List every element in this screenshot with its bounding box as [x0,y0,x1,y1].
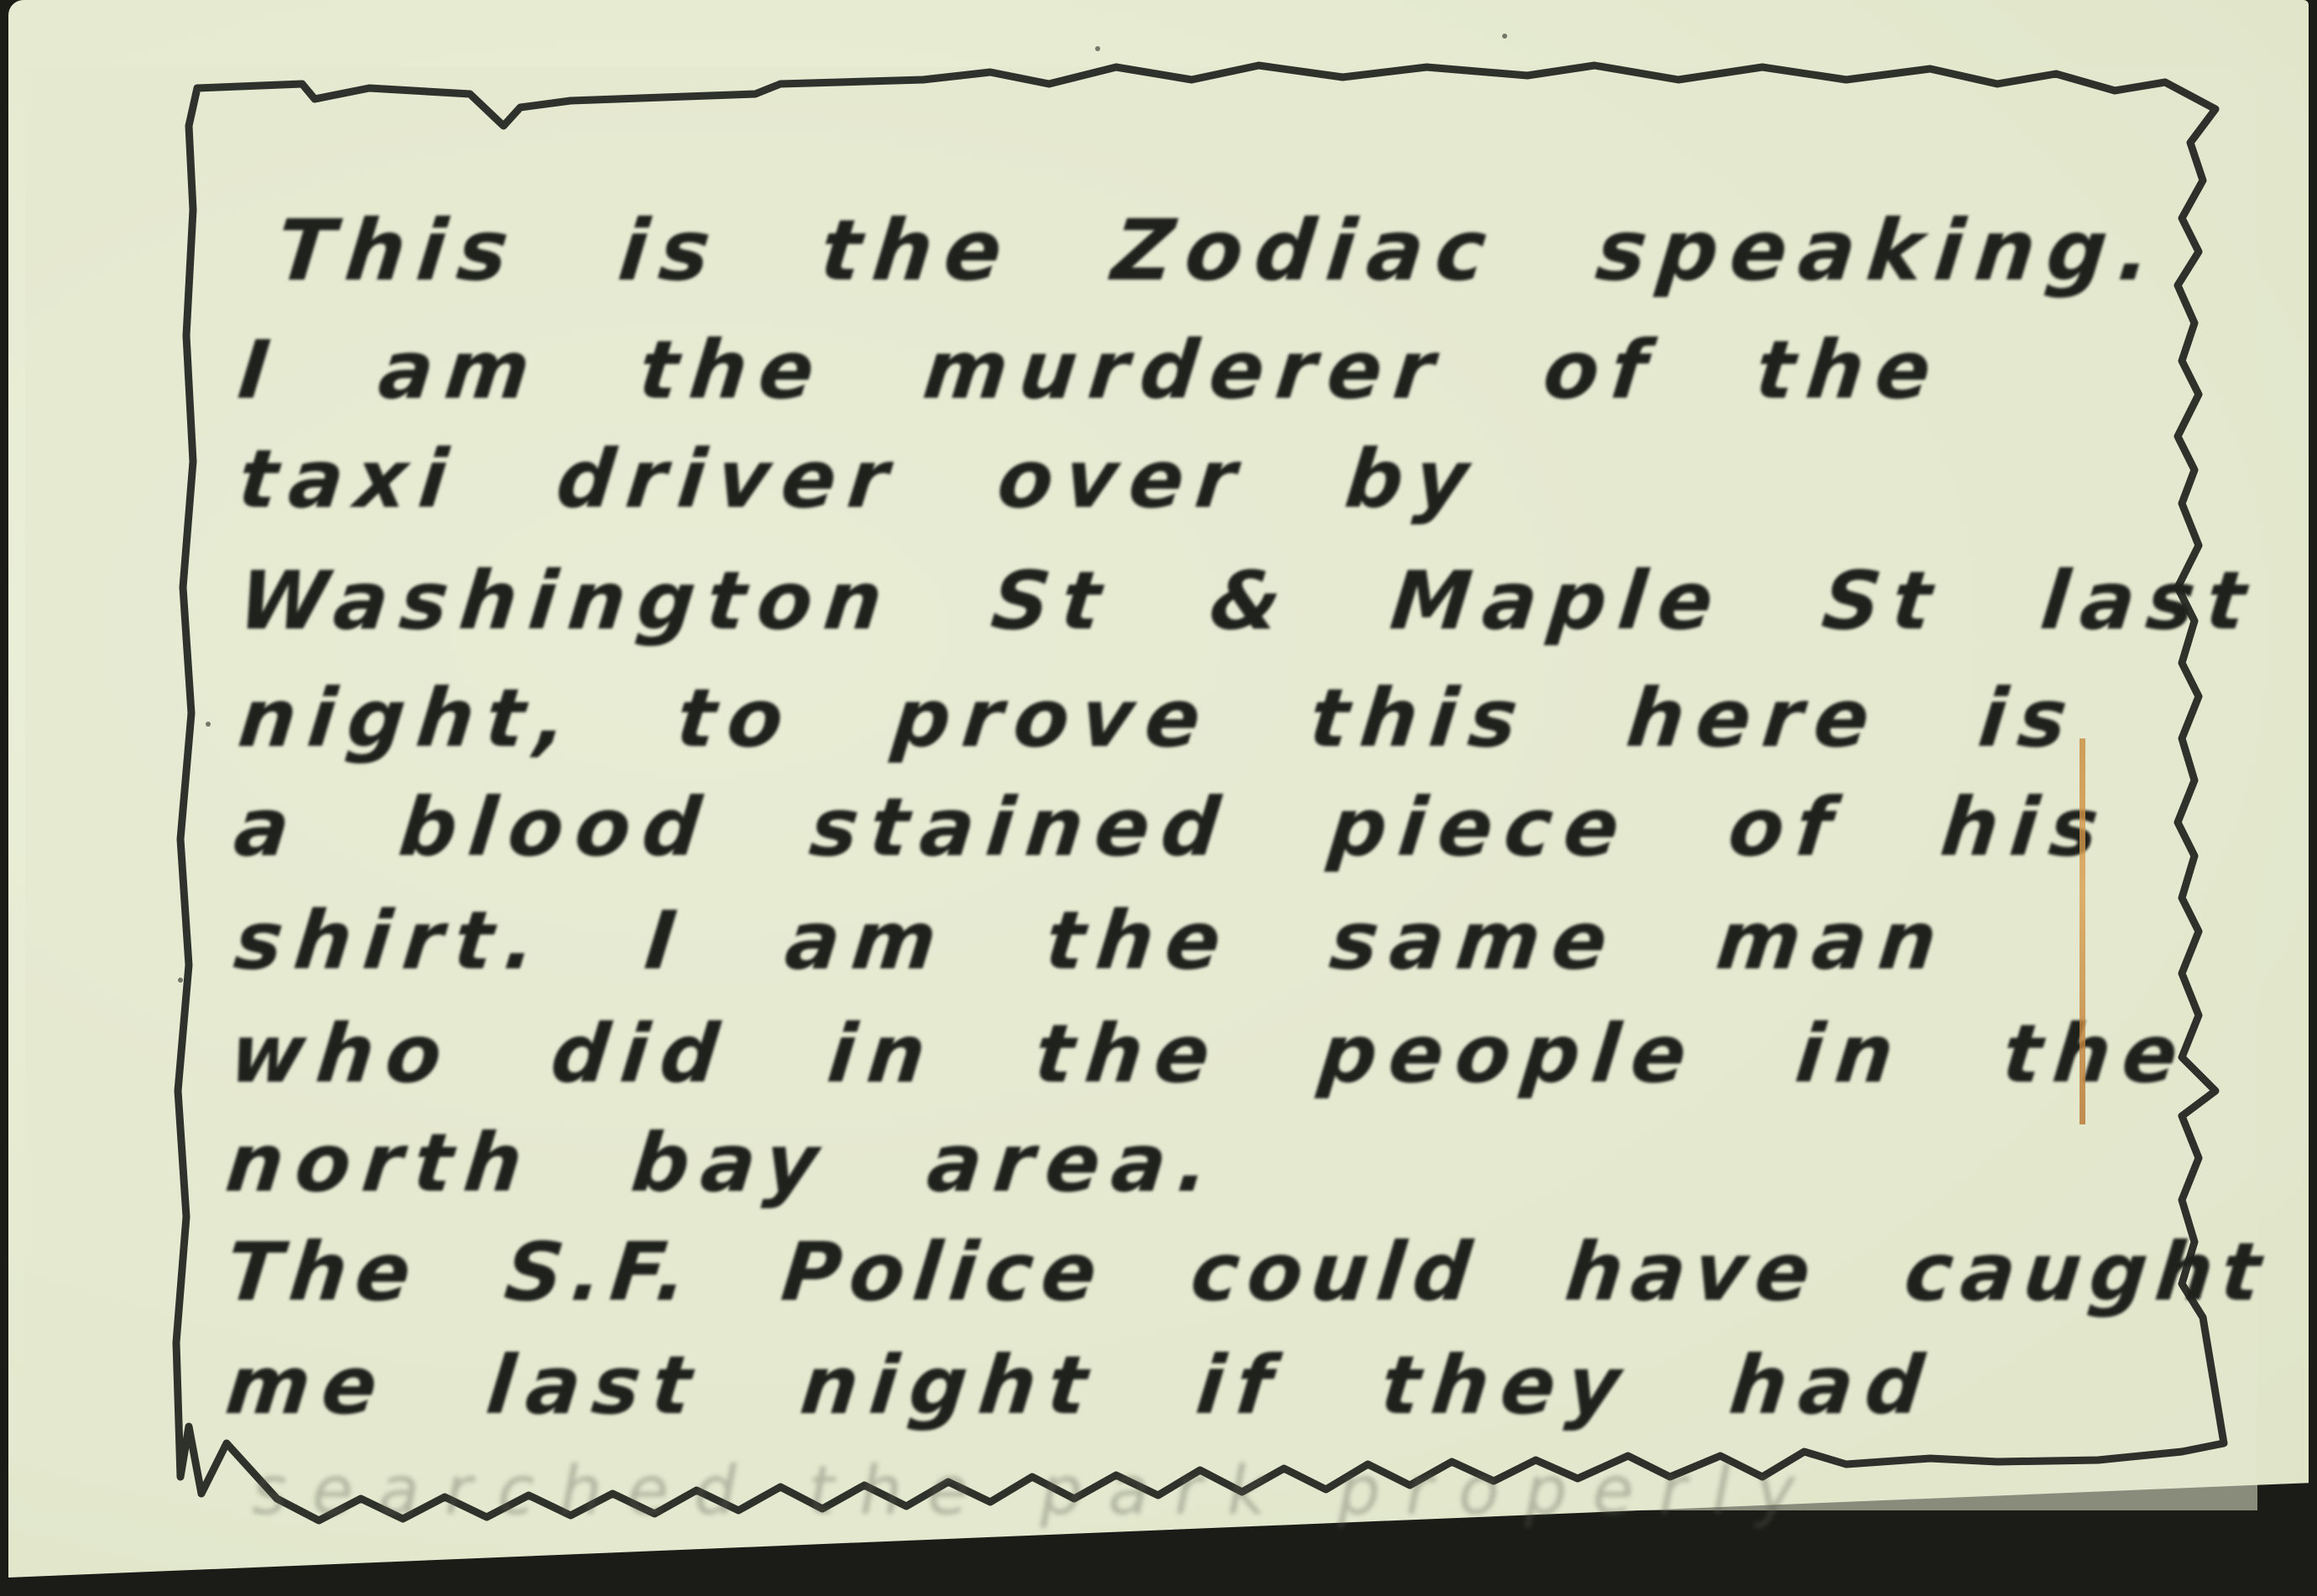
letter-line-11: me last night if they had [222,1338,1939,1432]
letter-line-8: who did in the people in the [226,1007,2194,1101]
letter-line-3: taxi driver over by [234,432,1485,526]
letter-line-2: I am the murderer of the [234,323,1947,417]
letter-line-5: night, to prove this here is [234,671,2083,765]
letter-line-9: north bay area. [222,1116,1225,1210]
cut-off-text: searched the park properly [252,1452,1820,1530]
letter-line-10: The S.F. Police could have caught [222,1225,2273,1319]
letter-line-7: shirt. I am the same man [230,894,1953,988]
dust-speck [1502,34,1507,39]
letter-line-6: a blood stained piece of his [230,780,2115,874]
dust-speck [1095,46,1100,51]
letter-line-4: Washington St & Maple St last [234,554,2262,648]
letter-line-1: This is the Zodiac speaking. [272,201,2168,300]
dust-speck [178,978,183,983]
stain-mark [2080,738,2085,1124]
dust-speck [206,722,211,727]
